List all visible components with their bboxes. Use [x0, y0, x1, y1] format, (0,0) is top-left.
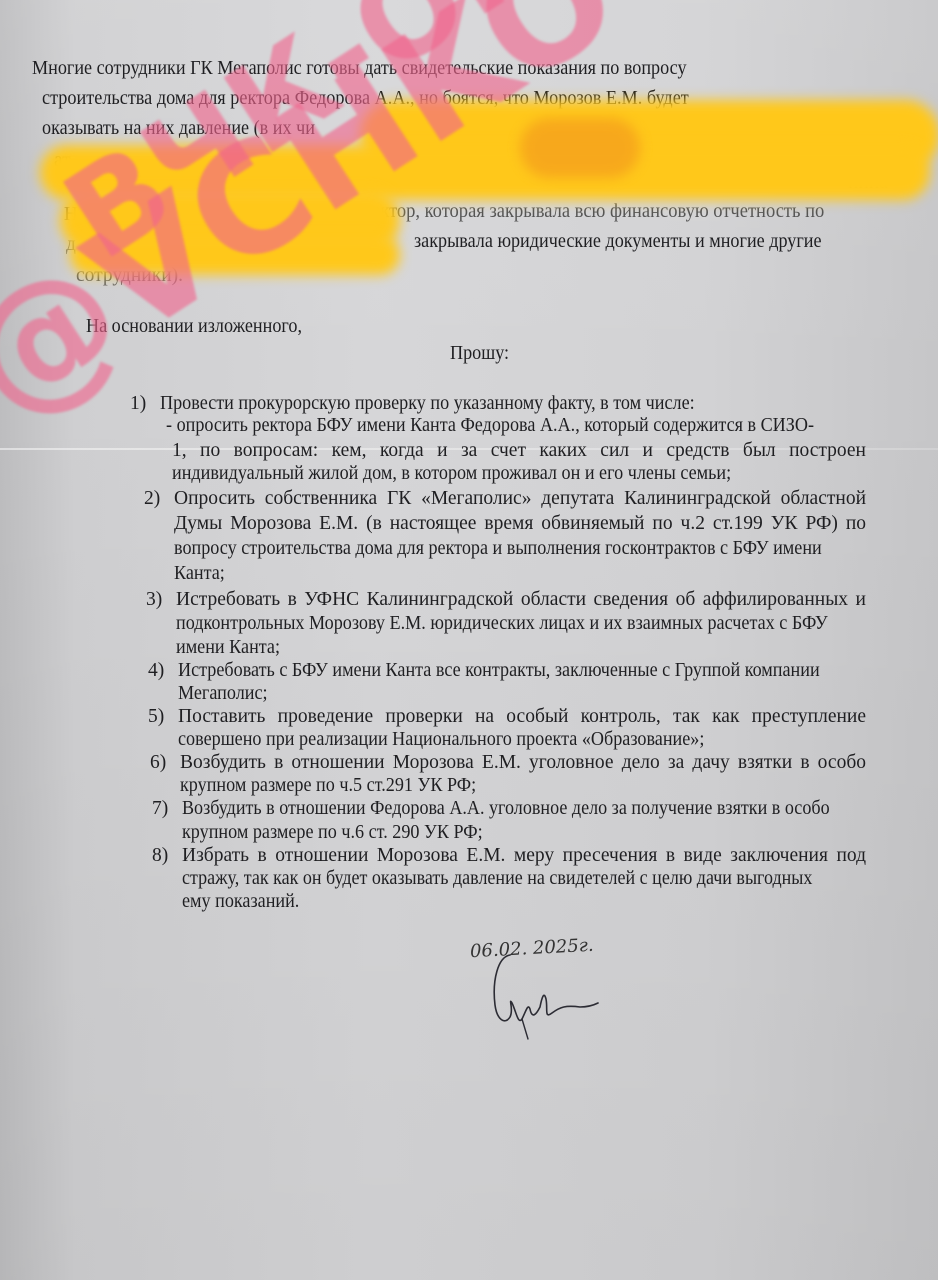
request-5-number: 5): [148, 706, 164, 728]
request-1-line-4: индивидуальный жилой дом, в котором прож…: [172, 463, 731, 485]
request-4-line-1: Истребовать с БФУ имени Канта все контра…: [178, 660, 820, 682]
request-6-line-1: Возбудить в отношении Морозова Е.М. угол…: [180, 752, 866, 774]
request-7-line-1: Возбудить в отношении Федорова А.А. угол…: [182, 798, 868, 820]
request-4-line-2: Мегаполис;: [178, 683, 268, 705]
request-1-number: 1): [130, 393, 146, 415]
request-3-line-1: Истребовать в УФНС Калининградской облас…: [176, 589, 866, 611]
request-1-line-3: 1, по вопросам: кем, когда и за счет как…: [172, 440, 866, 462]
request-2-line-2: Думы Морозова Е.М. (в настоящее время об…: [174, 513, 866, 535]
intro-line-6-end: ектор, которая закрывала всю финансовую …: [372, 201, 824, 223]
request-heading: Прошу:: [450, 343, 509, 365]
request-8-number: 8): [152, 845, 168, 867]
intro-line-7-end: закрывала юридические документы и многие…: [414, 231, 822, 253]
request-4-number: 4): [148, 660, 164, 682]
request-3-number: 3): [146, 589, 162, 611]
request-6-line-2: крупном размере по ч.5 ст.291 УК РФ;: [180, 775, 476, 797]
request-6-number: 6): [150, 752, 166, 774]
request-5-line-2: совершено при реализации Национального п…: [178, 729, 704, 751]
request-7-line-2: крупном размере по ч.6 ст. 290 УК РФ;: [182, 822, 483, 844]
request-1-line-1: Провести прокурорскую проверку по указан…: [160, 393, 695, 415]
request-5-line-1: Поставить проведение проверки на особый …: [178, 706, 866, 728]
request-2-line-4: Канта;: [174, 563, 225, 585]
request-8-line-2: стражу, так как он будет оказывать давле…: [182, 868, 866, 890]
request-2-line-1: Опросить собственника ГК «Мегаполис» деп…: [174, 488, 866, 510]
request-1-line-2: - опросить ректора БФУ имени Канта Федор…: [166, 415, 814, 437]
signature-icon: [470, 935, 610, 1045]
request-8-line-3: ему показаний.: [182, 891, 299, 913]
request-2-number: 2): [144, 488, 160, 510]
request-3-line-3: имени Канта;: [176, 637, 280, 659]
request-7-number: 7): [152, 798, 168, 820]
request-3-line-2: подконтрольных Морозову Е.М. юридических…: [176, 613, 828, 635]
request-2-line-3: вопросу строительства дома для ректора и…: [174, 538, 822, 560]
request-8-line-1: Избрать в отношении Морозова Е.М. меру п…: [182, 845, 866, 867]
